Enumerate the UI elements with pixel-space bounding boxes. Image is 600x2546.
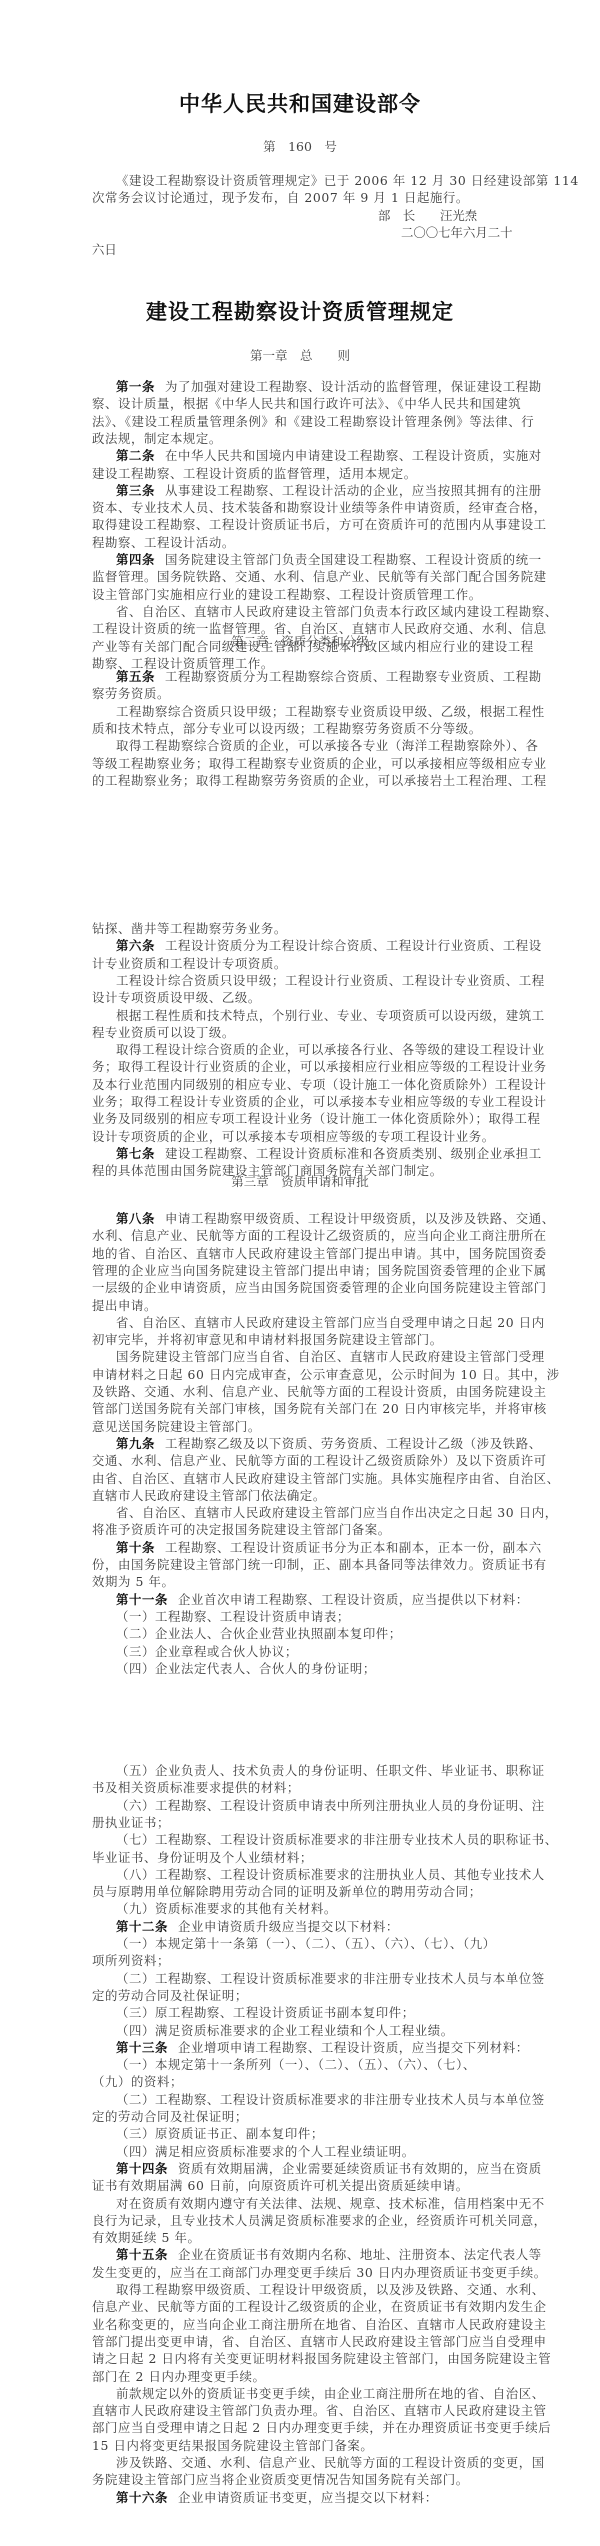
- body-line: 信息产业、民航等方面的工程设计乙级资质的企业，在资质证书有效期内发生企: [92, 2298, 522, 2315]
- body-line: 察劳务资质。: [92, 685, 522, 702]
- body-line: 有效期延续 5 年。: [92, 2229, 522, 2246]
- body-line: 定的劳动合同及社保证明；: [92, 2108, 522, 2125]
- line-text: 建设工程勘察、工程设计资质标准和各资质类别、级别企业承担工: [165, 1146, 542, 1161]
- body-line: 程的具体范围由国务院建设主管部门商国务院有关部门制定。: [92, 1162, 522, 1179]
- order-date-continued: 六日: [92, 240, 117, 258]
- line-text: 的工程勘察业务；取得工程勘察劳务资质的企业，可以承接岩土工程治理、工程: [92, 773, 547, 788]
- line-text: 企业首次申请工程勘察、工程设计资质，应当提供以下材料：: [178, 1592, 529, 1607]
- line-text: 质和技术特点，部分专业可以设丙级；工程勘察劳务资质不分等级。: [92, 721, 482, 736]
- body-line: 取得工程勘察甲级资质、工程设计甲级资质，以及涉及铁路、交通、水利、: [116, 2281, 522, 2298]
- order-date: 二〇〇七年六月二十: [401, 223, 513, 241]
- body-line: 交通、水利、信息产业、民航等方面的工程设计乙级资质除外）及以下资质许可: [92, 1452, 522, 1469]
- line-text: 一层级的企业申请资质，应当由国务院国资委管理的企业向国务院建设主管部门: [92, 1280, 547, 1295]
- line-text: 水利、信息产业、民航等方面的工程设计乙级资质的，应当向企业工商注册所在: [92, 1228, 547, 1243]
- article-line: 第八条申请工程勘察甲级资质、工程设计甲级资质，以及涉及铁路、交通、: [116, 1210, 522, 1227]
- body-line: 设计专项资质设甲级、乙级。: [92, 989, 522, 1006]
- body-line: （四）满足相应资质标准要求的个人工程业绩证明。: [116, 2143, 522, 2160]
- line-text: 省、自治区、直辖市人民政府建设主管部门负责本行政区域内建设工程勘察、: [116, 604, 558, 619]
- line-text: 程勘察、工程设计活动。: [92, 535, 235, 550]
- line-text: 提出申请。: [92, 1298, 157, 1313]
- body-line: （三）企业章程或合伙人协议；: [116, 1643, 522, 1660]
- line-text: （四）满足相应资质标准要求的个人工程业绩证明。: [116, 2144, 415, 2159]
- body-line: 务；取得工程设计行业资质的企业，可以承接相应行业相应等级的工程设计业务: [92, 1058, 522, 1075]
- body-line: 法》、《建设工程质量管理条例》和《建设工程勘察设计管理条例》等法律、行: [92, 413, 522, 430]
- body-line: 取得建设工程勘察、工程设计资质证书后，方可在资质许可的范围内从事建设工: [92, 516, 522, 533]
- line-text: 业务；取得工程设计专业资质的企业，可以承接本专业相应等级的专业工程设计: [92, 1094, 547, 1109]
- line-text: 毕业证书、身份证明及个人业绩材料；: [92, 1850, 313, 1865]
- line-text: 等级工程勘察业务；取得工程勘察专业资质的企业，可以承接相应等级相应专业: [92, 756, 547, 771]
- line-text: 请之日起 2 日内将有关变更证明材料报国务院建设主管部门，由国务院建设主管: [92, 2351, 551, 2366]
- article-line: 第十一条企业首次申请工程勘察、工程设计资质，应当提供以下材料：: [116, 1591, 522, 1608]
- line-text: 省、自治区、直辖市人民政府建设主管部门应当自作出决定之日起 30 日内，: [116, 1505, 558, 1520]
- body-line: 份，由国务院建设主管部门统一印制，正、副本具备同等法律效力。资质证书有: [92, 1556, 522, 1573]
- line-text: 交通、水利、信息产业、民航等方面的工程设计乙级资质除外）及以下资质许可: [92, 1453, 547, 1468]
- body-line: 业务及同级别的相应专项工程设计业务（设计施工一体化资质除外）；取得工程: [92, 1110, 522, 1127]
- body-line: 设计专项资质的企业，可以承接本专项相应等级的专项工程设计业务。: [92, 1128, 522, 1145]
- line-text: 由省、自治区、直辖市人民政府建设主管部门实施。具体实施程序由省、自治区、: [92, 1471, 560, 1486]
- line-text: 申请工程勘察甲级资质、工程设计甲级资质，以及涉及铁路、交通、: [165, 1211, 555, 1226]
- line-text: 发生变更的，应当在工商部门办理变更手续后 30 日内办理资质证书变更手续。: [92, 2265, 547, 2280]
- line-text: 部门在 2 日内办理变更手续。: [92, 2369, 265, 2384]
- body-line: 国务院建设主管部门应当自省、自治区、直辖市人民政府建设主管部门受理: [116, 1348, 522, 1365]
- article-line: 第十五条企业在资质证书有效期内名称、地址、注册资本、法定代表人等: [116, 2246, 522, 2263]
- line-text: 国务院建设主管部门应当自省、自治区、直辖市人民政府建设主管部门受理: [116, 1349, 545, 1364]
- body-line: 监督管理。国务院铁路、交通、水利、信息产业、民航等有关部门配合国务院建: [92, 568, 522, 585]
- line-text: 钻探、凿井等工程勘察劳务业务。: [92, 921, 287, 936]
- article-line: 第五条工程勘察资质分为工程勘察综合资质、工程勘察专业资质、工程勘: [116, 668, 522, 685]
- chapter-heading: 第一章 总 则: [0, 346, 600, 364]
- body-line: 员与原聘用单位解除聘用劳动合同的证明及新单位的聘用劳动合同；: [92, 1883, 522, 1900]
- line-text: （五）企业负责人、技术负责人的身份证明、任职文件、毕业证书、职称证: [116, 1763, 545, 1778]
- article-line: 第二条在中华人民共和国境内申请建设工程勘察、工程设计资质，实施对: [116, 447, 522, 464]
- body-line: 省、自治区、直辖市人民政府建设主管部门应当自受理申请之日起 20 日内: [116, 1314, 522, 1331]
- article-line: 第四条国务院建设主管部门负责全国建设工程勘察、工程设计资质的统一: [116, 551, 522, 568]
- order-number: 第 160 号: [0, 137, 600, 155]
- body-line: 业名称变更的，应当向企业工商注册所在地省、自治区、直辖市人民政府建设主: [92, 2316, 522, 2333]
- line-text: 信息产业、民航等方面的工程设计乙级资质的企业，在资质证书有效期内发生企: [92, 2299, 547, 2314]
- line-text: （九）资质标准要求的其他有关材料。: [116, 1901, 337, 1916]
- line-text: 业名称变更的，应当向企业工商注册所在地省、自治区、直辖市人民政府建设主: [92, 2317, 547, 2332]
- body-line: （九）的资料；: [92, 2073, 522, 2090]
- body-line: （八）工程勘察、工程设计资质标准要求的注册执业人员、其他专业技术人: [116, 1866, 522, 1883]
- line-text: （四）企业法定代表人、合伙人的身份证明；: [116, 1661, 376, 1676]
- article-label: 第十五条: [116, 2247, 168, 2262]
- line-text: 工程设计资质分为工程设计综合资质、工程设计行业资质、工程设: [165, 938, 542, 953]
- body-line: 及本行业范围内同级别的相应专业、专项（设计施工一体化资质除外）工程设计: [92, 1076, 522, 1093]
- line-text: 管部门送国务院有关部门审核，国务院有关部门在 20 日内审核完毕，并将审核: [92, 1401, 547, 1416]
- line-text: （一）本规定第十一条第（一）、（二）、（五）、（六）、（七）、（九）: [116, 1936, 496, 1951]
- line-text: 设计专项资质设甲级、乙级。: [92, 990, 261, 1005]
- line-text: 效期为 5 年。: [92, 1574, 175, 1589]
- line-text: 管理的企业应当向国务院建设主管部门提出申请；国务院国资委管理的企业下属: [92, 1263, 547, 1278]
- body-line: 务院建设主管部门应当将企业资质变更情况告知国务院有关部门。: [92, 2471, 522, 2488]
- line-text: 从事建设工程勘察、工程设计活动的企业，应当按照其拥有的注册: [165, 483, 542, 498]
- body-line: 地的省、自治区、直辖市人民政府建设主管部门提出申请。其中，国务院国资委: [92, 1245, 522, 1262]
- line-text: 意见送国务院建设主管部门。: [92, 1419, 261, 1434]
- article-line: 第七条建设工程勘察、工程设计资质标准和各资质类别、级别企业承担工: [116, 1145, 522, 1162]
- line-text: 取得建设工程勘察、工程设计资质证书后，方可在资质许可的范围内从事建设工: [92, 517, 547, 532]
- body-line: 管理的企业应当向国务院建设主管部门提出申请；国务院国资委管理的企业下属: [92, 1262, 522, 1279]
- line-text: （九）的资料；: [92, 2074, 183, 2089]
- body-line: （二）企业法人、合伙企业营业执照副本复印件；: [116, 1625, 522, 1642]
- line-text: 产业等有关部门配合同级建设主管部门实施本行政区域内相应行业的建设工程: [92, 639, 534, 654]
- body-line: （四）满足资质标准要求的企业工程业绩和个人工程业绩。: [116, 2022, 522, 2039]
- body-line: 证书有效期届满 60 日前，向原资质许可机关提出资质延续申请。: [92, 2177, 522, 2194]
- line-text: 资质有效期届满，企业需要延续资质证书有效期的，应当在资质: [178, 2161, 542, 2176]
- article-label: 第五条: [116, 669, 155, 684]
- line-text: 程专业资质可以设丁级。: [92, 1025, 235, 1040]
- body-line: 由省、自治区、直辖市人民政府建设主管部门实施。具体实施程序由省、自治区、: [92, 1470, 522, 1487]
- body-line: 册执业证书；: [92, 1814, 522, 1831]
- body-line: 资本、专业技术人员、技术装备和勘察设计业绩等条件申请资质，经审查合格，: [92, 499, 522, 516]
- article-line: 第十条工程勘察、工程设计资质证书分为正本和副本，正本一份，副本六: [116, 1539, 522, 1556]
- body-line: 请之日起 2 日内将有关变更证明材料报国务院建设主管部门，由国务院建设主管: [92, 2350, 522, 2367]
- body-line: 钻探、凿井等工程勘察劳务业务。: [92, 920, 522, 937]
- line-text: 前款规定以外的资质证书变更手续，由企业工商注册所在地的省、自治区、: [116, 2386, 545, 2401]
- line-text: （六）工程勘察、工程设计资质申请表中所列注册执业人员的身份证明、注: [116, 1798, 545, 1813]
- body-line: 申请材料之日起 60 日内完成审查，公示审查意见，公示时间为 10 日。其中，涉: [92, 1366, 522, 1383]
- line-text: 工程勘察、工程设计资质证书分为正本和副本，正本一份，副本六: [165, 1540, 542, 1555]
- article-line: 第六条工程设计资质分为工程设计综合资质、工程设计行业资质、工程设: [116, 937, 522, 954]
- line-text: 企业申请资质证书变更，应当提交以下材料：: [178, 2490, 438, 2505]
- line-text: 15 日内将变更结果报国务院建设主管部门备案。: [92, 2438, 373, 2453]
- body-line: 及铁路、交通、水利、信息产业、民航等方面的工程设计资质，由国务院建设主: [92, 1383, 522, 1400]
- line-text: 申请材料之日起 60 日内完成审查，公示审查意见，公示时间为 10 日。其中，涉: [92, 1367, 560, 1382]
- line-text: 取得工程勘察综合资质的企业，可以承接各专业（海洋工程勘察除外）、各: [116, 738, 539, 753]
- line-text: （三）原资质证书正、副本复印件；: [116, 2126, 324, 2141]
- body-line: （六）工程勘察、工程设计资质申请表中所列注册执业人员的身份证明、注: [116, 1797, 522, 1814]
- body-line: 部门应当自受理申请之日起 2 日内办理变更手续，并在办理资质证书变更手续后: [92, 2419, 522, 2436]
- line-text: 建设工程勘察、工程设计资质的监督管理，适用本规定。: [92, 466, 417, 481]
- line-text: 初审完毕，并将初审意见和申请材料报国务院建设主管部门。: [92, 1332, 443, 1347]
- line-text: 管部门提出变更申请，省、自治区、直辖市人民政府建设主管部门应当自受理申: [92, 2334, 547, 2349]
- article-label: 第四条: [116, 552, 155, 567]
- body-line: （一）本规定第十一条第（一）、（二）、（五）、（六）、（七）、（九）: [116, 1935, 522, 1952]
- body-line: 效期为 5 年。: [92, 1573, 522, 1590]
- body-line: 水利、信息产业、民航等方面的工程设计乙级资质的，应当向企业工商注册所在: [92, 1227, 522, 1244]
- line-text: （二）工程勘察、工程设计资质标准要求的非注册专业技术人员与本单位签: [116, 2092, 545, 2107]
- regulation-title: 建设工程勘察设计资质管理规定: [0, 296, 600, 326]
- article-line: 第十三条企业增项申请工程勘察、工程设计资质，应当提交下列材料：: [116, 2039, 522, 2056]
- line-text: 国务院建设主管部门负责全国建设工程勘察、工程设计资质的统一: [165, 552, 542, 567]
- body-line: 的工程勘察业务；取得工程勘察劳务资质的企业，可以承接岩土工程治理、工程: [92, 772, 522, 789]
- line-text: 工程设计综合资质只设甲级；工程设计行业资质、工程设计专业资质、工程: [116, 973, 545, 988]
- line-text: （三）企业章程或合伙人协议；: [116, 1644, 298, 1659]
- line-text: 设主管部门实施相应行业的建设工程勘察、工程设计资质管理工作。: [92, 587, 482, 602]
- body-line: 前款规定以外的资质证书变更手续，由企业工商注册所在地的省、自治区、: [116, 2385, 522, 2402]
- line-text: 为了加强对建设工程勘察、设计活动的监督管理，保证建设工程勘: [165, 379, 542, 394]
- body-line: 工程设计资质的统一监督管理。省、自治区、直辖市人民政府交通、水利、信息: [92, 620, 522, 637]
- body-line: 程勘察、工程设计活动。: [92, 534, 522, 551]
- body-line: 直辖市人民政府建设主管部门负责办理。省、自治区、直辖市人民政府建设主管: [92, 2402, 522, 2419]
- line-text: 书及相关资质标准要求提供的材料；: [92, 1780, 300, 1795]
- line-text: 计专业资质和工程设计专项资质。: [92, 956, 287, 971]
- body-line: 15 日内将变更结果报国务院建设主管部门备案。: [92, 2437, 522, 2454]
- article-line: 第一条为了加强对建设工程勘察、设计活动的监督管理，保证建设工程勘: [116, 378, 522, 395]
- line-text: 及铁路、交通、水利、信息产业、民航等方面的工程设计资质，由国务院建设主: [92, 1384, 547, 1399]
- article-label: 第二条: [116, 448, 155, 463]
- line-text: 务；取得工程设计行业资质的企业，可以承接相应行业相应等级的工程设计业务: [92, 1059, 547, 1074]
- line-text: 员与原聘用单位解除聘用劳动合同的证明及新单位的聘用劳动合同；: [92, 1884, 482, 1899]
- body-line: 工程勘察综合资质只设甲级；工程勘察专业资质设甲级、乙级，根据工程性: [116, 703, 522, 720]
- document-page: 中华人民共和国建设部令 第 160 号 《建设工程勘察设计资质管理规定》已于 2…: [0, 0, 600, 2546]
- article-label: 第九条: [116, 1436, 155, 1451]
- body-line: 初审完毕，并将初审意见和申请材料报国务院建设主管部门。: [92, 1331, 522, 1348]
- line-text: 设计专项资质的企业，可以承接本专项相应等级的专项工程设计业务。: [92, 1129, 495, 1144]
- article-label: 第十一条: [116, 1592, 168, 1607]
- body-line: 省、自治区、直辖市人民政府建设主管部门负责本行政区域内建设工程勘察、: [116, 603, 522, 620]
- article-line: 第十二条企业申请资质升级应当提交以下材料：: [116, 1918, 522, 1935]
- line-text: 企业增项申请工程勘察、工程设计资质，应当提交下列材料：: [178, 2040, 529, 2055]
- body-line: 计专业资质和工程设计专项资质。: [92, 955, 522, 972]
- body-line: 管部门提出变更申请，省、自治区、直辖市人民政府建设主管部门应当自受理申: [92, 2333, 522, 2350]
- body-line: （九）资质标准要求的其他有关材料。: [116, 1900, 522, 1917]
- body-line: 取得工程设计综合资质的企业，可以承接各行业、各等级的建设工程设计业: [116, 1041, 522, 1058]
- line-text: 资本、专业技术人员、技术装备和勘察设计业绩等条件申请资质，经审查合格，: [92, 500, 547, 515]
- line-text: 工程勘察乙级及以下资质、劳务资质、工程设计乙级（涉及铁路、: [165, 1436, 542, 1451]
- body-line: 发生变更的，应当在工商部门办理变更手续后 30 日内办理资质证书变更手续。: [92, 2264, 522, 2281]
- article-label: 第八条: [116, 1211, 155, 1226]
- article-line: 第十六条企业申请资质证书变更，应当提交以下材料：: [116, 2489, 522, 2506]
- body-line: （一）工程勘察、工程设计资质申请表；: [116, 1608, 522, 1625]
- line-text: 企业在资质证书有效期内名称、地址、注册资本、法定代表人等: [178, 2247, 542, 2262]
- line-text: 工程设计资质的统一监督管理。省、自治区、直辖市人民政府交通、水利、信息: [92, 621, 547, 636]
- body-line: 产业等有关部门配合同级建设主管部门实施本行政区域内相应行业的建设工程: [92, 638, 522, 655]
- body-line: 程专业资质可以设丁级。: [92, 1024, 522, 1041]
- line-text: （一）工程勘察、工程设计资质申请表；: [116, 1609, 350, 1624]
- article-label: 第十二条: [116, 1919, 168, 1934]
- line-text: 及本行业范围内同级别的相应专业、专项（设计施工一体化资质除外）工程设计: [92, 1077, 547, 1092]
- line-text: （四）满足资质标准要求的企业工程业绩和个人工程业绩。: [116, 2023, 454, 2038]
- body-line: （二）工程勘察、工程设计资质标准要求的非注册专业技术人员与本单位签: [116, 2091, 522, 2108]
- line-text: 直辖市人民政府建设主管部门依法确定。: [92, 1488, 326, 1503]
- body-line: （一）本规定第十一条所列（一）、（二）、（五）、（六）、（七）、: [116, 2056, 522, 2073]
- line-text: 定的劳动合同及社保证明；: [92, 2109, 248, 2124]
- line-text: （二）工程勘察、工程设计资质标准要求的非注册专业技术人员与本单位签: [116, 1971, 545, 1986]
- body-line: （五）企业负责人、技术负责人的身份证明、任职文件、毕业证书、职称证: [116, 1762, 522, 1779]
- line-text: 法》、《建设工程质量管理条例》和《建设工程勘察设计管理条例》等法律、行: [92, 414, 534, 429]
- line-text: 对在资质有效期内遵守有关法律、法规、规章、技术标准，信用档案中无不: [116, 2196, 545, 2211]
- line-text: 工程勘察综合资质只设甲级；工程勘察专业资质设甲级、乙级，根据工程性: [116, 704, 545, 719]
- body-line: 工程设计综合资质只设甲级；工程设计行业资质、工程设计专业资质、工程: [116, 972, 522, 989]
- body-line: 业务；取得工程设计专业资质的企业，可以承接本专业相应等级的专业工程设计: [92, 1093, 522, 1110]
- line-text: （一）本规定第十一条所列（一）、（二）、（五）、（六）、（七）、: [116, 2057, 476, 2072]
- line-text: 企业申请资质升级应当提交以下材料：: [178, 1919, 399, 1934]
- line-text: 务院建设主管部门应当将企业资质变更情况告知国务院有关部门。: [92, 2472, 469, 2487]
- body-line: 将准予资质许可的决定报国务院建设主管部门备案。: [92, 1521, 522, 1538]
- line-text: 良行为记录，且专业技术人员满足资质标准要求的企业，经资质许可机关同意，: [92, 2213, 547, 2228]
- line-text: （三）原工程勘察、工程设计资质证书副本复印件；: [116, 2005, 415, 2020]
- article-label: 第十条: [116, 1540, 155, 1555]
- line-text: 取得工程设计综合资质的企业，可以承接各行业、各等级的建设工程设计业: [116, 1042, 545, 1057]
- article-label: 第十四条: [116, 2161, 168, 2176]
- line-text: 直辖市人民政府建设主管部门负责办理。省、自治区、直辖市人民政府建设主管: [92, 2403, 547, 2418]
- body-line: （七）工程勘察、工程设计资质标准要求的非注册专业技术人员的职称证书、: [116, 1831, 522, 1848]
- order-intro-line: 次常务会议讨论通过，现予发布，自 2007 年 9 月 1 日起施行。: [92, 189, 522, 206]
- article-label: 第三条: [116, 483, 155, 498]
- line-text: 有效期延续 5 年。: [92, 2230, 201, 2245]
- article-line: 第十四条资质有效期届满，企业需要延续资质证书有效期的，应当在资质: [116, 2160, 522, 2177]
- article-label: 第六条: [116, 938, 155, 953]
- line-text: 项所列资料；: [92, 1953, 170, 1968]
- line-text: 察、设计质量，根据《中华人民共和国行政许可法》、《中华人民共和国建筑: [92, 396, 521, 411]
- body-line: 直辖市人民政府建设主管部门依法确定。: [92, 1487, 522, 1504]
- article-label: 第十三条: [116, 2040, 168, 2055]
- body-line: 对在资质有效期内遵守有关法律、法规、规章、技术标准，信用档案中无不: [116, 2195, 522, 2212]
- body-line: 毕业证书、身份证明及个人业绩材料；: [92, 1849, 522, 1866]
- line-text: 业务及同级别的相应专项工程设计业务（设计施工一体化资质除外）；取得工程: [92, 1111, 540, 1126]
- line-text: 部门应当自受理申请之日起 2 日内办理变更手续，并在办理资质证书变更手续后: [92, 2420, 551, 2435]
- line-text: 察劳务资质。: [92, 686, 170, 701]
- order-intro-line: 《建设工程勘察设计资质管理规定》已于 2006 年 12 月 30 日经建设部第…: [116, 172, 522, 189]
- line-text: 程的具体范围由国务院建设主管部门商国务院有关部门制定。: [92, 1163, 443, 1178]
- body-line: 书及相关资质标准要求提供的材料；: [92, 1779, 522, 1796]
- article-label: 第十六条: [116, 2490, 168, 2505]
- line-text: 根据工程性质和技术特点，个别行业、专业、专项资质可以设丙级，建筑工: [116, 1008, 545, 1023]
- body-line: 建设工程勘察、工程设计资质的监督管理，适用本规定。: [92, 465, 522, 482]
- article-line: 第九条工程勘察乙级及以下资质、劳务资质、工程设计乙级（涉及铁路、: [116, 1435, 522, 1452]
- line-text: 取得工程勘察甲级资质、工程设计甲级资质，以及涉及铁路、交通、水利、: [116, 2282, 545, 2297]
- line-text: 涉及铁路、交通、水利、信息产业、民航等方面的工程设计资质的变更，国: [116, 2455, 545, 2470]
- order-title: 中华人民共和国建设部令: [0, 88, 600, 118]
- line-text: 省、自治区、直辖市人民政府建设主管部门应当自受理申请之日起 20 日内: [116, 1315, 545, 1330]
- line-text: （八）工程勘察、工程设计资质标准要求的注册执业人员、其他专业技术人: [116, 1867, 545, 1882]
- line-text: 政法规，制定本规定。: [92, 431, 222, 446]
- line-text: （二）企业法人、合伙企业营业执照副本复印件；: [116, 1626, 402, 1641]
- body-line: 取得工程勘察综合资质的企业，可以承接各专业（海洋工程勘察除外）、各: [116, 737, 522, 754]
- article-line: 第三条从事建设工程勘察、工程设计活动的企业，应当按照其拥有的注册: [116, 482, 522, 499]
- signature: 部 长 汪光焘: [378, 206, 477, 224]
- body-line: 管部门送国务院有关部门审核，国务院有关部门在 20 日内审核完毕，并将审核: [92, 1400, 522, 1417]
- body-line: 定的劳动合同及社保证明；: [92, 1987, 522, 2004]
- line-text: 份，由国务院建设主管部门统一印制，正、副本具备同等法律效力。资质证书有: [92, 1557, 547, 1572]
- body-line: （二）工程勘察、工程设计资质标准要求的非注册专业技术人员与本单位签: [116, 1970, 522, 1987]
- body-line: 设主管部门实施相应行业的建设工程勘察、工程设计资质管理工作。: [92, 586, 522, 603]
- body-line: 政法规，制定本规定。: [92, 430, 522, 447]
- line-text: 在中华人民共和国境内申请建设工程勘察、工程设计资质，实施对: [165, 448, 542, 463]
- body-line: 部门在 2 日内办理变更手续。: [92, 2368, 522, 2385]
- body-line: 察、设计质量，根据《中华人民共和国行政许可法》、《中华人民共和国建筑: [92, 395, 522, 412]
- body-line: 良行为记录，且专业技术人员满足资质标准要求的企业，经资质许可机关同意，: [92, 2212, 522, 2229]
- line-text: 监督管理。国务院铁路、交通、水利、信息产业、民航等有关部门配合国务院建: [92, 569, 547, 584]
- body-line: 质和技术特点，部分专业可以设丙级；工程勘察劳务资质不分等级。: [92, 720, 522, 737]
- line-text: 将准予资质许可的决定报国务院建设主管部门备案。: [92, 1522, 391, 1537]
- body-line: 等级工程勘察业务；取得工程勘察专业资质的企业，可以承接相应等级相应专业: [92, 755, 522, 772]
- body-line: 根据工程性质和技术特点，个别行业、专业、专项资质可以设丙级，建筑工: [116, 1007, 522, 1024]
- line-text: 工程勘察资质分为工程勘察综合资质、工程勘察专业资质、工程勘: [165, 669, 542, 684]
- body-line: 提出申请。: [92, 1297, 522, 1314]
- line-text: 定的劳动合同及社保证明；: [92, 1988, 248, 2003]
- article-label: 第一条: [116, 379, 155, 394]
- article-label: 第七条: [116, 1146, 155, 1161]
- body-line: （四）企业法定代表人、合伙人的身份证明；: [116, 1660, 522, 1677]
- body-line: （三）原工程勘察、工程设计资质证书副本复印件；: [116, 2004, 522, 2021]
- body-line: 省、自治区、直辖市人民政府建设主管部门应当自作出决定之日起 30 日内，: [116, 1504, 522, 1521]
- line-text: 证书有效期届满 60 日前，向原资质许可机关提出资质延续申请。: [92, 2178, 469, 2193]
- body-line: 意见送国务院建设主管部门。: [92, 1418, 522, 1435]
- line-text: （七）工程勘察、工程设计资质标准要求的非注册专业技术人员的职称证书、: [116, 1832, 558, 1847]
- line-text: 地的省、自治区、直辖市人民政府建设主管部门提出申请。其中，国务院国资委: [92, 1246, 547, 1261]
- body-line: （三）原资质证书正、副本复印件；: [116, 2125, 522, 2142]
- line-text: 册执业证书；: [92, 1815, 170, 1830]
- body-line: 涉及铁路、交通、水利、信息产业、民航等方面的工程设计资质的变更，国: [116, 2454, 522, 2471]
- body-line: 项所列资料；: [92, 1952, 522, 1969]
- body-line: 一层级的企业申请资质，应当由国务院国资委管理的企业向国务院建设主管部门: [92, 1279, 522, 1296]
